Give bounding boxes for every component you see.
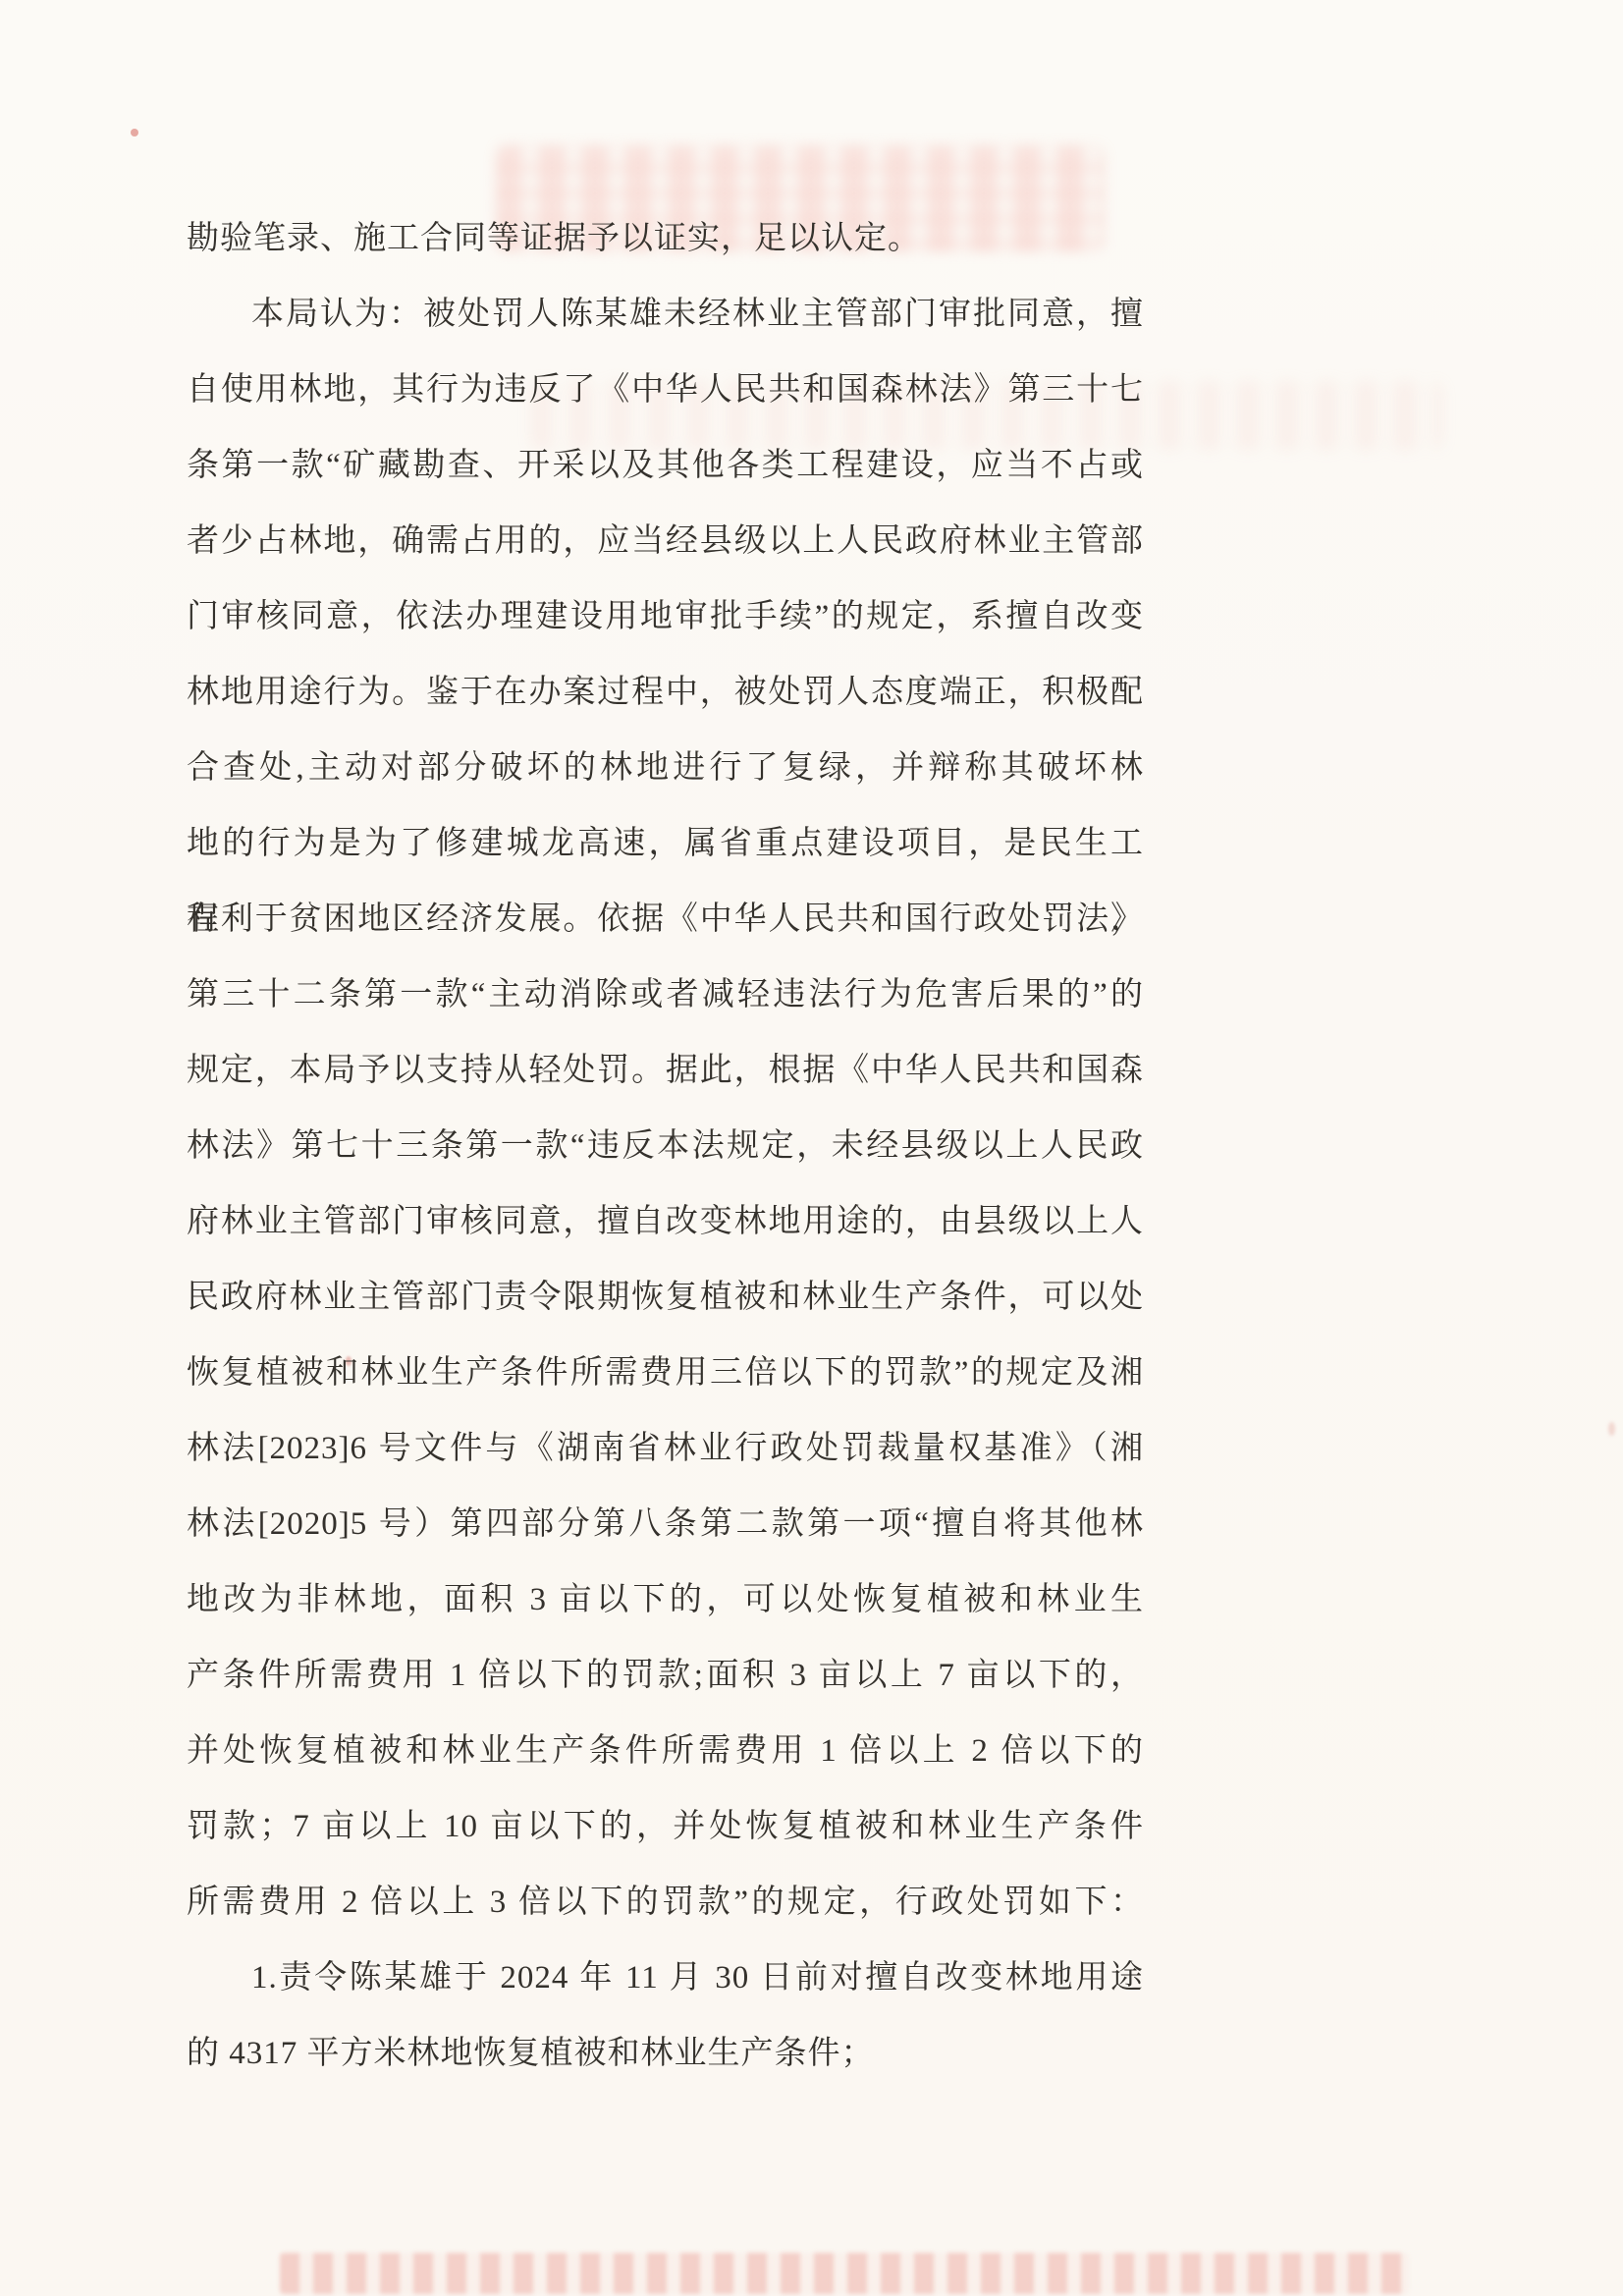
text-line: 所需费用 2 倍以上 3 倍以下的罚款”的规定，行政处罚如下：: [187, 1865, 1144, 1941]
text-line: 勘验笔录、施工合同等证据予以证实，足以认定。: [187, 201, 1144, 277]
text-line: 罚款；7 亩以上 10 亩以下的，并处恢复植被和林业生产条件: [187, 1789, 1144, 1865]
text-line: 的 4317 平方米林地恢复植被和林业生产条件；: [187, 2016, 1144, 2092]
text-line: 合查处,主动对部分破坏的林地进行了复绿，并辩称其破坏林: [187, 731, 1144, 806]
text-line: 民政府林业主管部门责令限期恢复植被和林业生产条件，可以处: [187, 1260, 1144, 1336]
text-line: 地的行为是为了修建城龙高速，属省重点建设项目，是民生工程，: [187, 806, 1144, 882]
text-line: 自使用林地，其行为违反了《中华人民共和国森林法》第三十七: [187, 353, 1144, 428]
text-line: 规定，本局予以支持从轻处罚。据此，根据《中华人民共和国森: [187, 1033, 1144, 1109]
text-line: 府林业主管部门审核同意，擅自改变林地用途的，由县级以上人: [187, 1184, 1144, 1260]
text-line: 地改为非林地，面积 3 亩以下的，可以处恢复植被和林业生: [187, 1562, 1144, 1638]
text-line: 本局认为：被处罚人陈某雄未经林业主管部门审批同意，擅: [187, 277, 1144, 353]
text-line: 并处恢复植被和林业生产条件所需费用 1 倍以上 2 倍以下的: [187, 1714, 1144, 1789]
text-line: 条第一款“矿藏勘查、开采以及其他各类工程建设，应当不占或: [187, 428, 1144, 504]
text-line: 第三十二条第一款“主动消除或者减轻违法行为危害后果的”的: [187, 957, 1144, 1033]
document-body-text: 勘验笔录、施工合同等证据予以证实，足以认定。 本局认为：被处罚人陈某雄未经林业主…: [187, 201, 1144, 2092]
text-line: 门审核同意，依法办理建设用地审批手续”的规定，系擅自改变: [187, 579, 1144, 655]
text-line: 林法》第七十三条第一款“违反本法规定，未经县级以上人民政: [187, 1109, 1144, 1184]
bleed-through-artifact: [280, 2253, 1409, 2294]
text-line: 林地用途行为。鉴于在办案过程中，被处罚人态度端正，积极配: [187, 655, 1144, 731]
text-line: 有利于贫困地区经济发展。依据《中华人民共和国行政处罚法》: [187, 882, 1144, 957]
text-line: 产条件所需费用 1 倍以下的罚款;面积 3 亩以上 7 亩以下的，: [187, 1638, 1144, 1714]
text-line: 林法[2020]5 号）第四部分第八条第二款第一项“擅自将其他林: [187, 1487, 1144, 1562]
ink-speck: [131, 129, 138, 137]
text-line: 恢复植被和林业生产条件所需费用三倍以下的罚款”的规定及湘: [187, 1336, 1144, 1411]
text-line: 1.责令陈某雄于 2024 年 11 月 30 日前对擅自改变林地用途: [187, 1941, 1144, 2016]
text-line: 林法[2023]6 号文件与《湖南省林业行政处罚裁量权基准》（湘: [187, 1411, 1144, 1487]
text-line: 者少占林地，确需占用的，应当经县级以上人民政府林业主管部: [187, 504, 1144, 579]
ink-speck: [1608, 1422, 1615, 1436]
scanned-document-page: 勘验笔录、施工合同等证据予以证实，足以认定。 本局认为：被处罚人陈某雄未经林业主…: [0, 0, 1623, 2296]
